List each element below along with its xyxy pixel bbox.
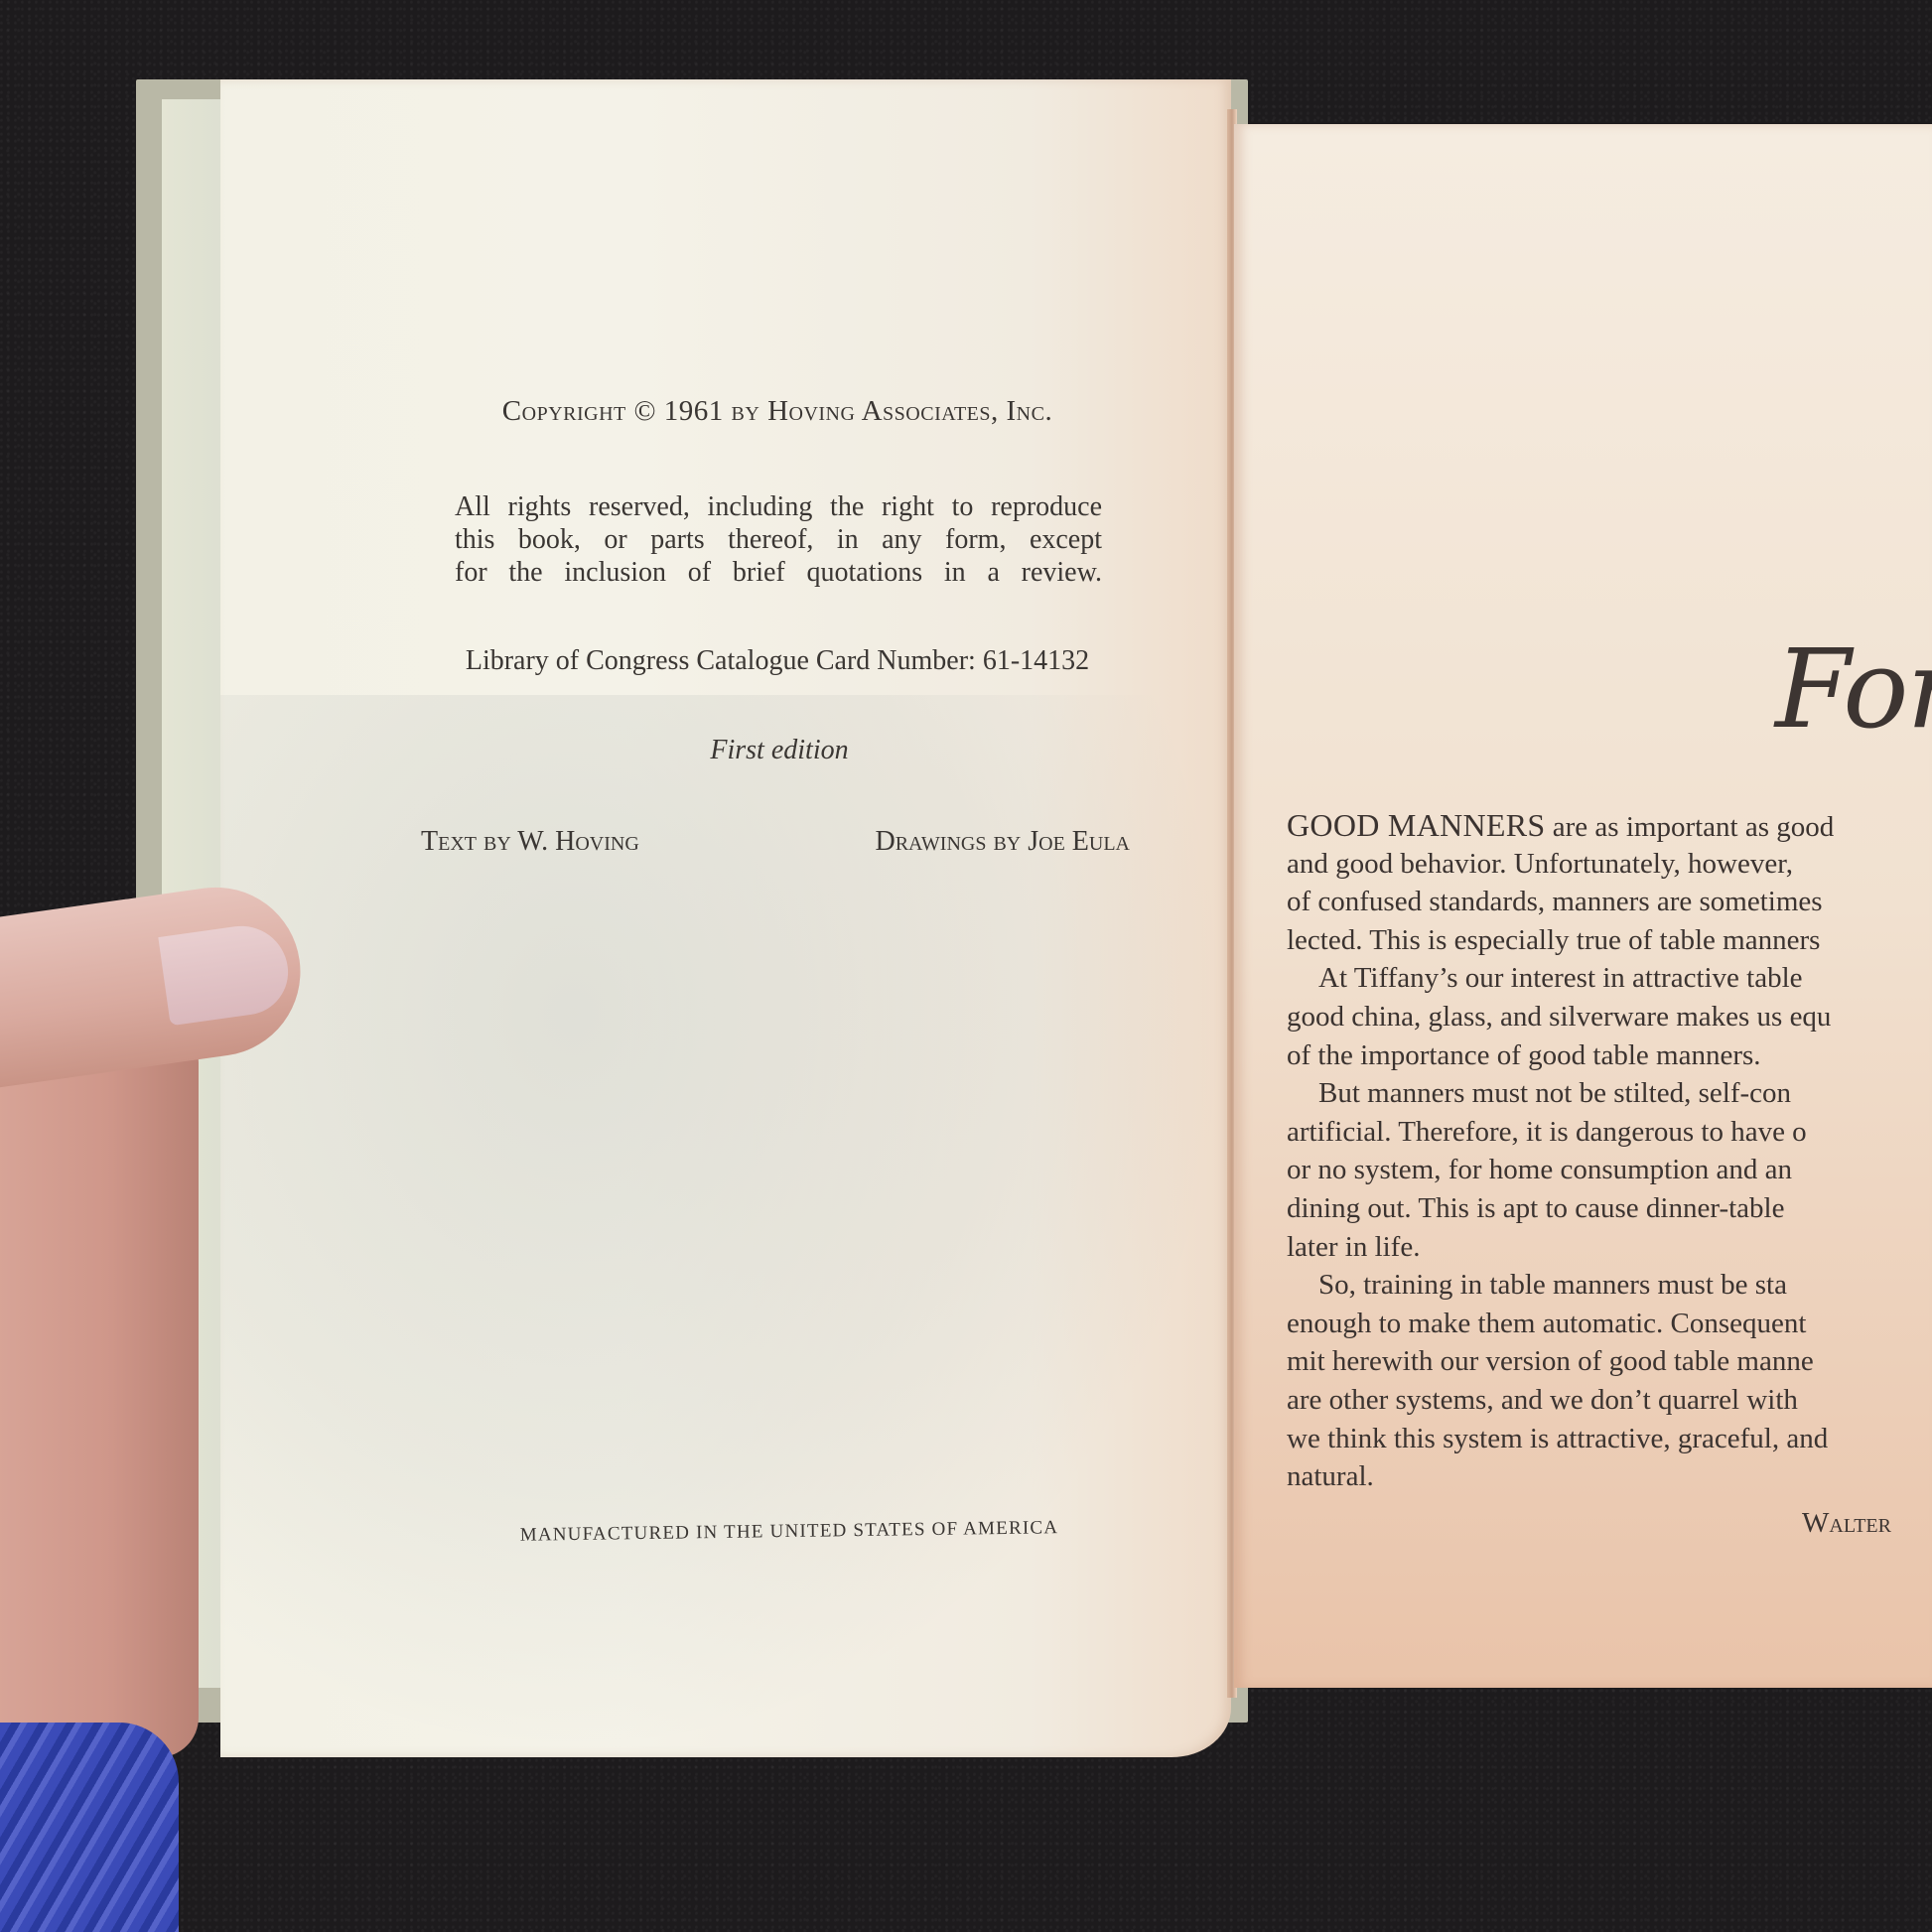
foreword-line: artificial. Therefore, it is dangerous t… (1287, 1113, 1932, 1152)
drawings-credit: Drawings by Joe Eula (876, 826, 1131, 858)
foreword-body: GOOD MANNERS are as important as good an… (1287, 806, 1932, 1496)
copyright-line: Copyright © 1961 by Hoving Associates, I… (455, 395, 1100, 428)
foreword-line: good china, glass, and silverware makes … (1287, 998, 1932, 1036)
foreword-line: natural. (1287, 1457, 1932, 1496)
foreword-line: are other systems, and we don’t quarrel … (1287, 1381, 1932, 1420)
foreword-line: lected. This is especially true of table… (1287, 921, 1932, 960)
left-page-copyright (220, 79, 1231, 1757)
foreword-line: of the importance of good table manners. (1287, 1036, 1932, 1075)
rights-paragraph: All rights reserved, including the right… (455, 490, 1102, 589)
blue-sweater-sleeve (0, 1723, 179, 1932)
foreword-line: mit herewith our version of good table m… (1287, 1342, 1932, 1381)
foreword-line: GOOD MANNERS are as important as good (1287, 806, 1932, 845)
foreword-line: or no system, for home consumption and a… (1287, 1151, 1932, 1189)
library-of-congress-number: Library of Congress Catalogue Card Numbe… (423, 645, 1132, 677)
foreword-heading: Fore (1775, 625, 1932, 753)
foreword-line: of confused standards, manners are somet… (1287, 883, 1932, 921)
rights-line: for the inclusion of brief quotations in… (455, 556, 1102, 589)
hand (0, 973, 199, 1757)
signature: Walter (1802, 1507, 1891, 1540)
foreword-line: So, training in table manners must be st… (1287, 1266, 1932, 1305)
foreword-line: But manners must not be stilted, self-co… (1287, 1074, 1932, 1113)
foreword-line: we think this system is attractive, grac… (1287, 1420, 1932, 1458)
rights-line: this book, or parts thereof, in any form… (455, 523, 1102, 556)
text-credit: Text by W. Hoving (421, 826, 639, 858)
foreword-line: and good behavior. Unfortunately, howeve… (1287, 845, 1932, 884)
foreword-line: At Tiffany’s our interest in attractive … (1287, 959, 1932, 998)
foreword-line: dining out. This is apt to cause dinner-… (1287, 1189, 1932, 1228)
foreword-line: later in life. (1287, 1228, 1932, 1267)
rights-line: All rights reserved, including the right… (455, 490, 1102, 523)
edition-label: First edition (556, 735, 1003, 766)
foreword-line: enough to make them automatic. Consequen… (1287, 1305, 1932, 1343)
lead-words: GOOD MANNERS (1287, 807, 1546, 843)
